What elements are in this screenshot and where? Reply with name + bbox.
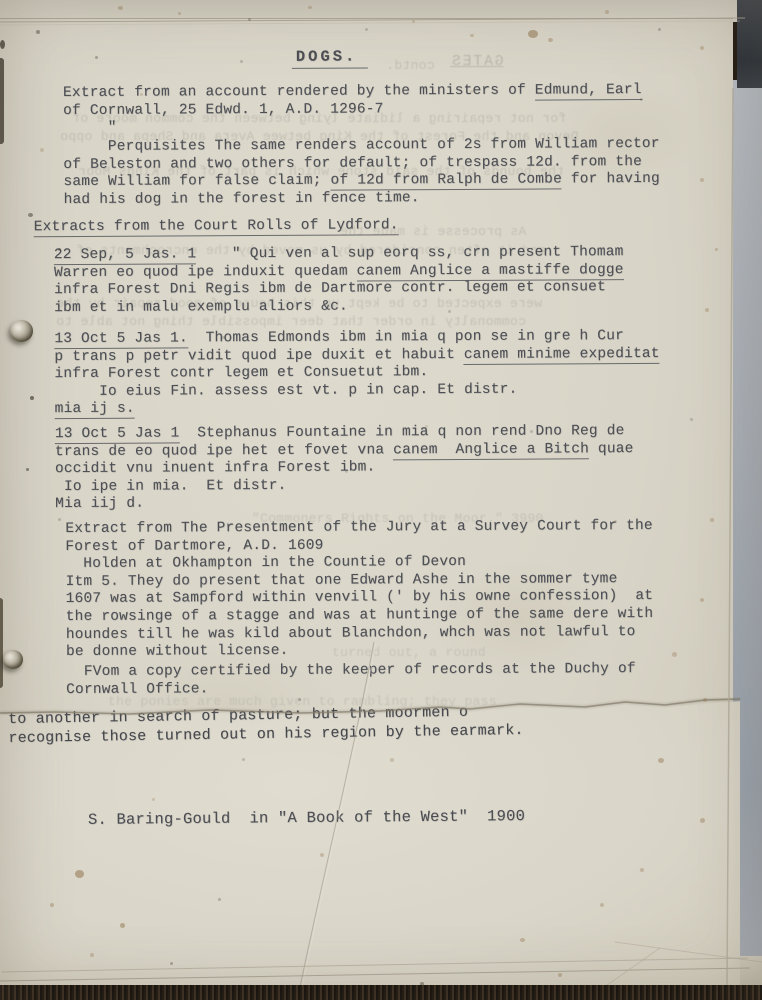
foxing-spot — [308, 6, 312, 9]
foxing-spot — [178, 12, 181, 15]
lower-sheet-text: to another in search of pasture; but the… — [8, 702, 524, 748]
foxing-spot — [245, 545, 248, 548]
foxing-spot — [605, 10, 609, 14]
foxing-spot — [30, 396, 34, 400]
foxing-spot — [50, 903, 54, 907]
foxing-spot — [390, 758, 394, 762]
page-edge-shadow — [0, 598, 3, 688]
foxing-spot — [36, 30, 40, 34]
court-roll-entry-1: 22 Sep, 5 Jas. 1 " Qui ven al sup eorq s… — [54, 244, 624, 317]
certification-text: FVom a copy certified by the keeper of r… — [66, 661, 636, 698]
scanned-document-photo: contd. GATES for not repairing a lidiate… — [0, 0, 762, 1000]
foxing-spot — [658, 28, 661, 31]
foxing-spot — [90, 953, 94, 957]
foxing-spot — [700, 178, 704, 182]
account-extract-text: Extract from an account rendered by the … — [63, 83, 535, 101]
court-rolls-heading: Extracts from the Court Rolls of Lydford… — [34, 217, 399, 237]
certification-paragraph: FVom a copy certified by the keeper of r… — [66, 661, 636, 699]
page-title: DOGS. — [292, 48, 368, 66]
presentment-text: Extract from The Presentment of the Jury… — [65, 518, 653, 660]
foxing-spot — [40, 148, 44, 152]
foxing-spot — [703, 698, 707, 702]
account-extract-paragraph: Extract from an account rendered by the … — [63, 82, 642, 138]
foxing-spot — [558, 973, 562, 977]
foxing-spot — [705, 308, 709, 312]
foxing-spot — [640, 98, 643, 101]
foxing-spot — [530, 430, 533, 433]
metal-fastener-bottom — [3, 650, 23, 669]
foxing-spot — [600, 903, 604, 907]
foxing-spot — [640, 868, 644, 872]
foxing-spot — [120, 923, 125, 928]
foxing-spot — [710, 518, 714, 522]
court-rolls-heading-text: Extracts from the Court Rolls of Lydford… — [34, 217, 399, 237]
foxing-spot — [345, 470, 348, 473]
foxing-spot — [700, 46, 704, 50]
page-edge-shadow — [0, 58, 4, 144]
court-roll-entry-2: 13 Oct 5 Jas 1. Thomas Edmonds ibm in mi… — [54, 328, 660, 419]
entry-date: 22 Sep, 5 Jas. 1 — [54, 246, 197, 265]
foxing-spot — [365, 28, 368, 31]
foxing-spot — [58, 518, 61, 521]
foxing-spot — [0, 40, 5, 49]
foxing-spot — [248, 18, 251, 21]
foxing-spot — [28, 213, 33, 217]
foxing-spot — [26, 468, 29, 471]
foxing-spot — [672, 652, 677, 657]
foxing-spot — [58, 248, 61, 251]
metal-fastener-top — [10, 320, 33, 342]
dark-surface-background — [0, 985, 762, 1000]
underlined-phrase: mia ij s. — [55, 401, 135, 419]
foxing-spot — [118, 6, 123, 10]
foxing-spot — [520, 938, 525, 942]
foxing-spot — [95, 56, 98, 59]
court-roll-entry-3: 13 Oct 5 Jas 1 Stephanus Fountaine in mi… — [55, 423, 634, 514]
foxing-spot — [75, 870, 84, 878]
foxing-spot — [614, 520, 617, 523]
entry-date: 13 Oct 5 Jas 1. — [54, 330, 188, 349]
foxing-spot — [242, 758, 245, 761]
foxing-spot — [470, 34, 474, 37]
underlined-phrase: canem Anglice a mastiffe dogge — [357, 262, 624, 281]
underlined-phrase: Edmund, Earl — [535, 82, 642, 101]
foxing-spot — [240, 60, 243, 63]
presentment-paragraph: Extract from The Presentment of the Jury… — [65, 518, 653, 662]
page-title-text: DOGS. — [292, 47, 368, 68]
perquisites-paragraph: Perquisites The same renders account of … — [63, 136, 660, 209]
foxing-spot — [448, 310, 451, 313]
foxing-spot — [218, 898, 221, 901]
foxing-spot — [170, 962, 173, 965]
underlined-phrase: canem Anglice a Bitch — [393, 441, 589, 460]
foxing-spot — [528, 30, 538, 38]
foxing-spot — [222, 336, 225, 339]
foxing-spot — [658, 758, 664, 763]
foxing-spot — [425, 425, 428, 428]
foxing-spot — [298, 698, 301, 701]
foxing-spot — [320, 853, 324, 857]
foxing-spot — [715, 248, 718, 251]
foxing-spot — [548, 38, 553, 42]
entry-date: 13 Oct 5 Jas 1 — [55, 425, 180, 444]
foxing-spot — [412, 20, 415, 23]
foxing-spot — [152, 798, 155, 801]
underlined-phrase: of 12d from Ralph de Combe — [330, 172, 562, 191]
foxing-spot — [700, 818, 705, 823]
foxing-spot — [700, 598, 704, 602]
foxing-spot — [140, 93, 143, 96]
foxing-spot — [470, 90, 474, 93]
underlined-phrase: canem minime expeditat — [464, 346, 660, 365]
foxing-spot — [690, 418, 693, 421]
